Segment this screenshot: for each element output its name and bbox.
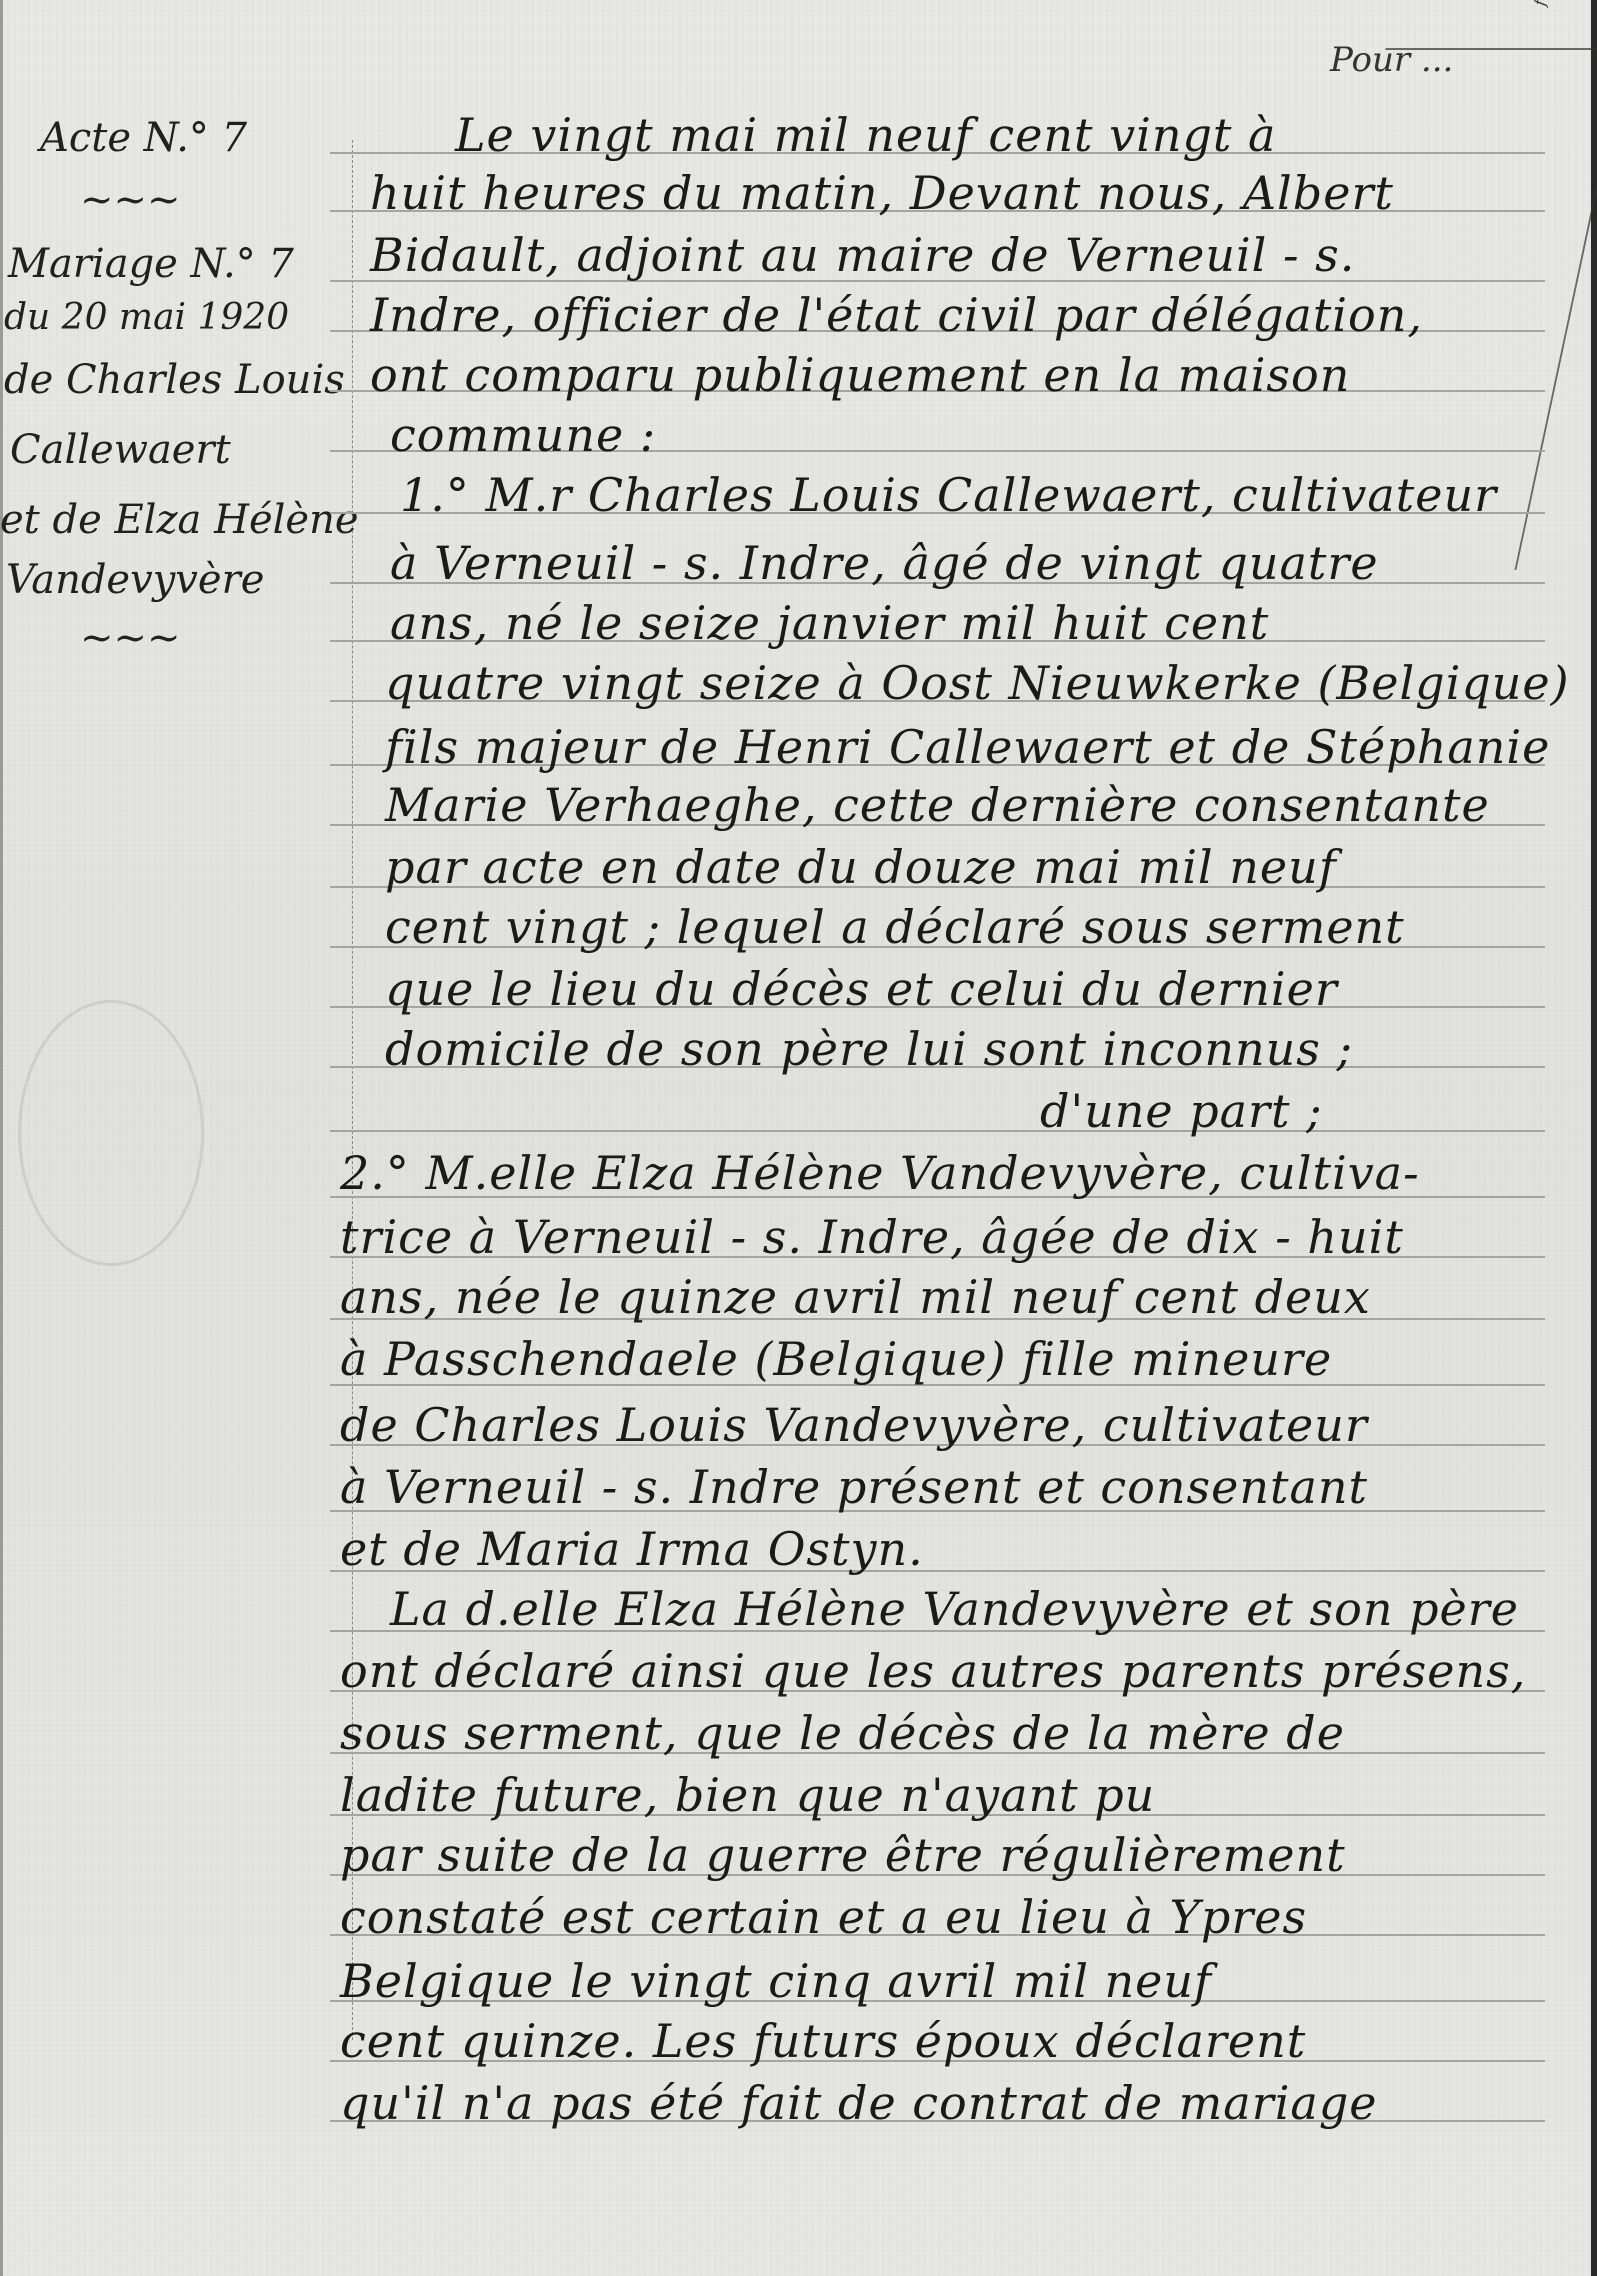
- body-line: huit heures du matin, Devant nous, Alber…: [370, 170, 1394, 216]
- faded-seal-stamp: [18, 1000, 204, 1266]
- body-line: ladite future, bien que n'ayant pu: [340, 1772, 1155, 1818]
- body-line: Marie Verhaeghe, cette dernière consenta…: [385, 782, 1490, 828]
- margin-mariage-number: Mariage N.° 7: [8, 244, 294, 284]
- body-line: ans, née le quinze avril mil neuf cent d…: [340, 1274, 1371, 1320]
- margin-flourish: ~~~: [80, 180, 181, 220]
- body-line: à Verneuil - s. Indre présent et consent…: [340, 1464, 1368, 1510]
- page-left-edge: [0, 0, 3, 2276]
- body-line: à Passchendaele (Belgique) fille mineure: [340, 1336, 1332, 1382]
- body-line: constaté est certain et a eu lieu à Ypre…: [340, 1894, 1307, 1940]
- body-line: 1.° M.r Charles Louis Callewaert, cultiv…: [400, 472, 1497, 518]
- page-right-edge: [1591, 0, 1597, 2276]
- body-line: trice à Verneuil - s. Indre, âgée de dix…: [340, 1214, 1404, 1260]
- margin-bride-last: Vandevyvère: [6, 560, 264, 600]
- body-line: La d.elle Elza Hélène Vandevyvère et son…: [390, 1586, 1519, 1632]
- margin-bride-first: et de Elza Hélène: [0, 500, 359, 540]
- body-line: de Charles Louis Vandevyvère, cultivateu…: [340, 1402, 1368, 1448]
- scanned-page: feuillet Pour ... Acte N.° 7 ~~~ Mariage…: [0, 0, 1597, 2276]
- ruled-line: [330, 1130, 1545, 1132]
- body-line: commune :: [390, 412, 656, 458]
- body-line: Belgique le vingt cinq avril mil neuf: [340, 1958, 1212, 2004]
- body-line: que le lieu du décès et celui du dernier: [385, 966, 1338, 1012]
- margin-flourish-end: ~~~: [80, 618, 181, 658]
- body-line: fils majeur de Henri Callewaert et de St…: [385, 724, 1550, 770]
- body-line: cent vingt ; lequel a déclaré sous serme…: [385, 904, 1405, 950]
- body-line: ont comparu publiquement en la maison: [370, 352, 1350, 398]
- body-line: et de Maria Irma Ostyn.: [340, 1526, 924, 1572]
- corner-annotation: feuillet: [1530, 0, 1559, 7]
- margin-groom-first: de Charles Louis: [4, 360, 345, 400]
- body-line: qu'il n'a pas été fait de contrat de mar…: [340, 2080, 1378, 2126]
- body-line: Bidault, adjoint au maire de Verneuil - …: [370, 232, 1355, 278]
- body-line: par acte en date du douze mai mil neuf: [385, 844, 1337, 890]
- body-line: 2.° M.elle Elza Hélène Vandevyvère, cult…: [340, 1150, 1420, 1196]
- margin-acte-number: Acte N.° 7: [40, 118, 247, 158]
- body-line: sous serment, que le décès de la mère de: [340, 1710, 1345, 1756]
- body-line: ans, né le seize janvier mil huit cent: [390, 600, 1269, 646]
- body-line: par suite de la guerre être régulièremen…: [340, 1832, 1346, 1878]
- body-line: domicile de son père lui sont inconnus ;: [385, 1026, 1353, 1072]
- body-line: quatre vingt seize à Oost Nieuwkerke (Be…: [385, 660, 1570, 706]
- body-line: Le vingt mai mil neuf cent vingt à: [455, 112, 1276, 158]
- body-line: à Verneuil - s. Indre, âgé de vingt quat…: [390, 540, 1379, 586]
- body-line: ont déclaré ainsi que les autres parents…: [340, 1648, 1526, 1694]
- margin-date: du 20 mai 1920: [4, 300, 289, 336]
- body-line: cent quinze. Les futurs époux déclarent: [340, 2018, 1306, 2064]
- body-line: Indre, officier de l'état civil par délé…: [370, 292, 1423, 338]
- body-line-right: d'une part ;: [1040, 1088, 1323, 1134]
- margin-groom-last: Callewaert: [10, 430, 231, 470]
